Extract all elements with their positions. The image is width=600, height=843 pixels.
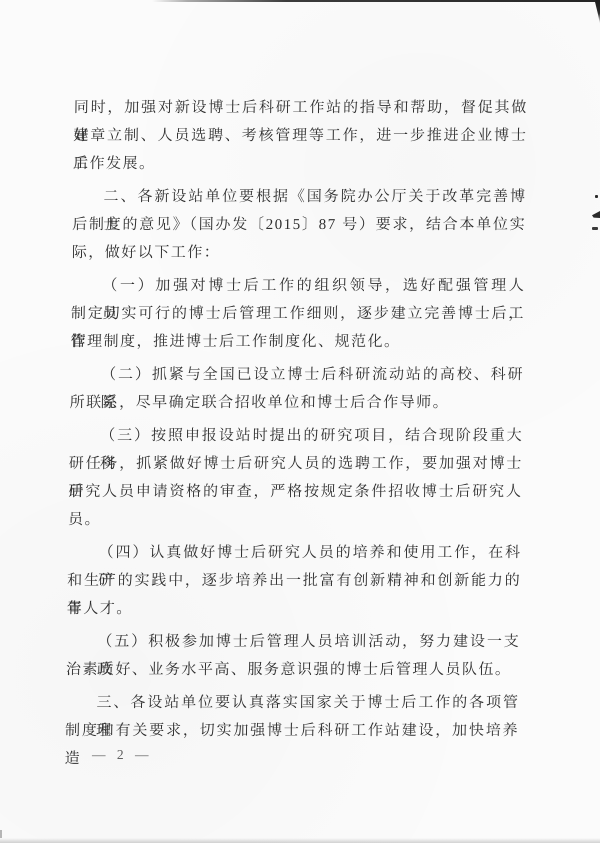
paragraph: 同时，加强对新设博士后科研工作站的指导和帮助，督促其做好建章立制、人员选聘、考核… <box>73 94 528 178</box>
text-line: 年人才。 <box>67 595 521 623</box>
scan-bottom-shadow <box>0 838 600 843</box>
paragraph: （五）积极参加博士后管理人员培训活动，努力建设一支政治素质好、业务水平高、服务意… <box>66 628 521 684</box>
text-line: 治素质好、业务水平高、服务意识强的博士后管理人员队伍。 <box>66 656 520 684</box>
scan-speck-artifact <box>0 830 2 838</box>
text-line: （四）认真做好博士后研究人员的培养和使用工作，在科研 <box>67 539 521 567</box>
text-line: 管理制度，推进博士后工作制度化、规范化。 <box>70 328 524 356</box>
text-line: 研究人员申请资格的审查，严格按规定条件招收博士后研究人 <box>68 478 522 506</box>
text-line: 员。 <box>68 506 522 534</box>
text-line: 制度和有关要求，切实加强博士后科研工作站建设，加快培养造 <box>65 717 519 745</box>
paragraph: 三、各设站单位要认真落实国家关于博士后工作的各项管理制度和有关要求，切实加强博士… <box>65 689 520 745</box>
scan-speck-artifact <box>592 227 598 230</box>
paragraph: 二、各新设站单位要根据《国务院办公厅关于改革完善博士后制度的意见》（国办发〔20… <box>72 183 527 267</box>
text-line: 际，做好以下工作： <box>72 239 526 267</box>
text-line: （三）按照申报设站时提出的研究项目，结合现阶段重大科 <box>69 422 523 450</box>
scan-top-edge-artifact <box>152 0 600 2</box>
text-line: （五）积极参加博士后管理人员培训活动，努力建设一支政 <box>66 628 520 656</box>
text-line: 同时，加强对新设博士后科研工作站的指导和帮助，督促其做好 <box>74 94 528 122</box>
paragraph: （一）加强对博士后工作的组织领导，选好配强管理人员，制定切实可行的博士后管理工作… <box>70 272 525 356</box>
text-line: 所联系，尽早确定联合招收单位和博士后合作导师。 <box>69 389 523 417</box>
paragraph: （二）抓紧与全国已设立博士后科研流动站的高校、科研院所联系，尽早确定联合招收单位… <box>69 361 524 417</box>
scan-speck-artifact <box>595 195 598 198</box>
paragraph: （四）认真做好博士后研究人员的培养和使用工作，在科研和生产的实践中，逐步培养出一… <box>67 539 522 623</box>
scan-speck-artifact <box>592 211 600 218</box>
text-line: 二、各新设站单位要根据《国务院办公厅关于改革完善博士 <box>72 183 526 211</box>
paragraph: （三）按照申报设站时提出的研究项目，结合现阶段重大科研任务，抓紧做好博士后研究人… <box>68 422 524 534</box>
text-line: （一）加强对博士后工作的组织领导，选好配强管理人员， <box>71 272 525 300</box>
scan-corner-artifact <box>595 0 600 24</box>
text-line: 和生产的实践中，逐步培养出一批富有创新精神和创新能力的青 <box>67 567 521 595</box>
document-body: 同时，加强对新设博士后科研工作站的指导和帮助，督促其做好建章立制、人员选聘、考核… <box>65 94 528 745</box>
text-line: （二）抓紧与全国已设立博士后科研流动站的高校、科研院 <box>70 361 524 389</box>
page-number: — 2 — <box>92 747 153 763</box>
text-line: 工作发展。 <box>73 150 527 178</box>
scanned-document-page: 同时，加强对新设博士后科研工作站的指导和帮助，督促其做好建章立制、人员选聘、考核… <box>0 0 600 843</box>
text-line: 制定切实可行的博士后管理工作细则，逐步建立完善博士后工作 <box>71 300 525 328</box>
text-line: 三、各设站单位要认真落实国家关于博士后工作的各项管理 <box>65 689 519 717</box>
text-line: 研任务，抓紧做好博士后研究人员的选聘工作，要加强对博士后 <box>69 450 523 478</box>
text-line: 建章立制、人员选聘、考核管理等工作，进一步推进企业博士后 <box>73 122 527 150</box>
text-line: 后制度的意见》（国办发〔2015〕87 号）要求，结合本单位实 <box>72 211 526 239</box>
